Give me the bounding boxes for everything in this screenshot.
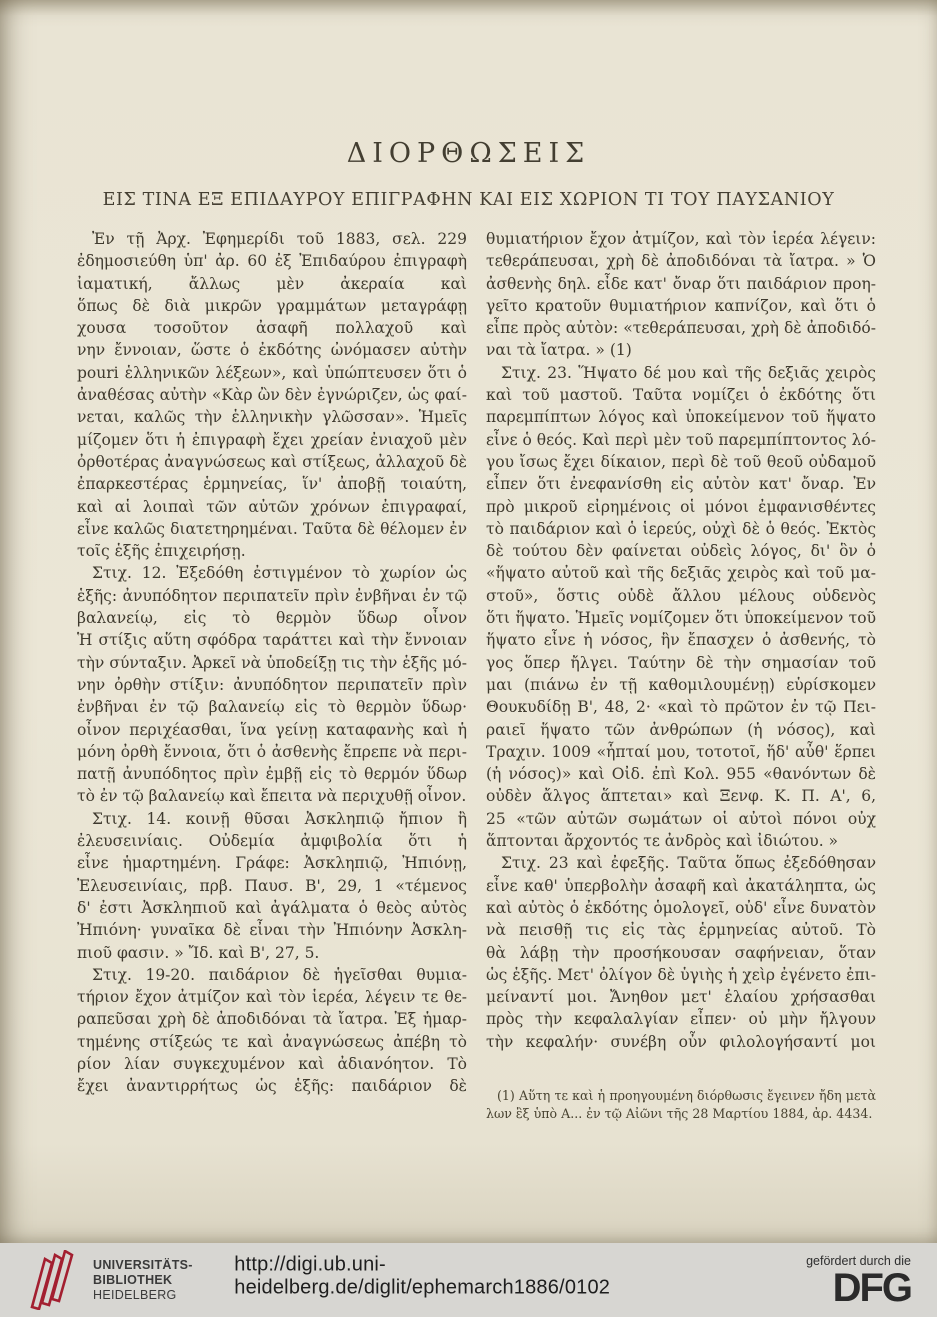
text-line: βαλανείῳ, εἰς τὸ θερμὸν ὕδωρ οἶνον περιχ…	[77, 607, 467, 629]
text-line: τὴν κεφαλήν· συνέβη οὖν φιλολογήσαντί μο…	[486, 1031, 876, 1053]
text-line: ὅπως δὲ διὰ μικρῶν γραμμάτων μεταγράφῃ π…	[77, 295, 467, 317]
footer-bar: UNIVERSITÄTS- BIBLIOTHEK HEIDELBERG http…	[0, 1243, 937, 1317]
text-line: ἐπαρκεστέρας ἑρμηνείας, ἵν' ἀποβῇ τοιαύτ…	[77, 473, 467, 495]
text-line: καὶ τοῦ μαστοῦ. Ταῦτα νομίζει ὁ ἐκδότης …	[486, 384, 876, 406]
text-line: μείναντί μοι. Ἄνηθον μετ' ἐλαίου χρήσασθ…	[486, 986, 876, 1008]
text-line: εἶνε ὁ θεός. Καὶ περὶ μὲν τοῦ παρεμπίπτο…	[486, 429, 876, 451]
text-line: ὀρθοτέρας ἀναγνώσεως καὶ στίξεως, ἀλλαχο…	[77, 451, 467, 473]
text-line: εἶπεν ὅτι ἐνεφανίσθη εἰς αὐτὸν κατ' ὄναρ…	[486, 473, 876, 495]
text-line: «ἥψατο αὐτοῦ καὶ τῆς δεξιᾶς χειρὸς καὶ τ…	[486, 562, 876, 584]
text-line: στοῦ», ὅστις οὐδὲ ἄλλου μέλους οὐδενὸς φ…	[486, 585, 876, 607]
text-line: γου ἴσως ἔχει δίκαιον, περὶ δὲ τοῦ θεοῦ …	[486, 451, 876, 473]
text-line: νην ὀρθὴν στίξιν: ἀνυπόδητον περιπατεῖν …	[77, 674, 467, 696]
text-line: ἅπτονται ἄρχοντός τε ἀνδρὸς καὶ ἰδιώτου.…	[486, 830, 876, 852]
text-line: νὰ πεισθῇ τις εἰς τὰς ἑρμηνείας αὐτοῦ. Τ…	[486, 919, 876, 941]
text-line: εἶνε καλῶς διατετηρημέναι. Ταῦτα δὲ θέλο…	[77, 518, 467, 540]
text-line: μαι (πιάνω ἐν τῇ καθομιλουμένῃ) εὑρίσκομ…	[486, 674, 876, 696]
footnote: (1) Αὕτη τε καὶ ἡ προηγουμένη διόρθωσις …	[486, 1087, 876, 1122]
text-line: λων ἓξ ὑπὸ Α... ἐν τῷ Αἰῶνι τῆς 28 Μαρτί…	[486, 1105, 876, 1123]
text-line: πρὸ μικροῦ εἰρημένοις οἱ μόνοι ἐμφανισθέ…	[486, 496, 876, 518]
text-line: τὴν σύνταξιν. Ἀρκεῖ νὰ ὑποδείξῃ τις τὴν …	[77, 652, 467, 674]
page-url: http://digi.ub.uni-heidelberg.de/diglit/…	[234, 1253, 703, 1299]
text-line: ἰαματική, ἄλλως μὲν ἀκεραία καὶ εὐανάγνω…	[77, 273, 467, 295]
text-line: νεται, καλῶς τὴν ἑλληνικὴν γλῶσσαν». Ἡμε…	[77, 406, 467, 428]
text-line: τημένης στίξεώς τε καὶ ἀναγνώσεως ἀπέβη …	[77, 1031, 467, 1053]
text-line: πατῇ ἀνυπόδητος πρὶν ἐμβῇ εἰς τὸ θερμόν …	[77, 763, 467, 785]
text-line: πρὸς τὴν κεφαλαλγίαν εἶπεν· οὐ μὴν ἤλγου…	[486, 1008, 876, 1030]
text-line: μόνη ὀρθὴ ἔννοια, ὅτι ὁ ἀσθενὴς ἔπρεπε ν…	[77, 741, 467, 763]
ub-heidelberg-logo: UNIVERSITÄTS- BIBLIOTHEK HEIDELBERG	[26, 1250, 193, 1310]
dfg-logo: DFG	[806, 1271, 911, 1305]
text-line: νην ἔννοιαν, ὥστε ὁ ἐκδότης ὠνόμασεν αὐτ…	[77, 339, 467, 361]
text-line: οὐδὲν ἄλγος ἅπτεται» καὶ Ξενφ. Κ. Π. Α',…	[486, 785, 876, 807]
text-line: τήριον ἔχον ἀτμίζον καὶ τὸν ἱερέα, λέγει…	[77, 986, 467, 1008]
text-line: γος ὅπερ ἤλγει. Ταύτην δὲ τὴν σημασίαν τ…	[486, 652, 876, 674]
text-line: ἐνβῆναι ἐν τῷ βαλανείῳ εἰς τὸ θερμὸν ὕδω…	[77, 696, 467, 718]
page-subtitle: ΕΙΣ ΤΙΝΑ ΕΞ ΕΠΙΔΑΥΡΟΥ ΕΠΙΓΡΑΦΗΝ ΚΑΙ ΕΙΣ …	[70, 190, 867, 210]
text-line: θυμιατήριον ἔχον ἀτμίζον, καὶ τὸν ἱερέα …	[486, 228, 876, 250]
text-line: Στιχ. 12. Ἐξεδόθη ἐστιγμένον τὸ χωρίον ὡ…	[77, 562, 467, 584]
text-line: εἶνε ἡμαρτημένη. Γράφε: Ἀσκληπιῷ, Ἠπιόνῃ…	[77, 852, 467, 874]
text-line: καὶ αἱ λοιπαὶ τῶν αὐτῶν χρόνων ἐπιγραφαί…	[77, 496, 467, 518]
text-line: ὅτι ἥψατο. Ἡμεῖς νομίζομεν ὅτι ὑποκείμεν…	[486, 607, 876, 629]
text-line: χουσα τοσοῦτον ἀσαφῆ πολλαχοῦ καὶ συγκεχ…	[77, 317, 467, 339]
text-line: ὡς ἑξῆς. Μετ' ὀλίγον δὲ ὑγιὴς ἡ χεὶρ ἐγέ…	[486, 964, 876, 986]
text-line: παρεμπίπτων λόγος καὶ ὑποκείμενον τοῦ ἥψ…	[486, 406, 876, 428]
text-line: εἶπε πρὸς αὐτὸν: «τεθεράπευσαι, χρὴ δὲ ἀ…	[486, 317, 876, 339]
ub-logo-text: UNIVERSITÄTS- BIBLIOTHEK HEIDELBERG	[93, 1258, 193, 1303]
text-line: τοῖς ἑξῆς ἐπιχειρήσῃ.	[77, 540, 467, 562]
text-line: ναι τὰ ἴατρα. » (1)	[486, 339, 876, 361]
text-line: Στιχ. 23 καὶ ἐφεξῆς. Ταῦτα ὅπως ἐξεδόθησ…	[486, 852, 876, 874]
ub-logo-line1: UNIVERSITÄTS-	[93, 1258, 193, 1273]
text-line: δ' ἐστι Ἀσκληπιοῦ καὶ ἀγάλματα ὁ θεὸς αὐ…	[77, 897, 467, 919]
scanned-page: ΔΙΟΡΘΩΣΕΙΣ ΕΙΣ ΤΙΝΑ ΕΞ ΕΠΙΔΑΥΡΟΥ ΕΠΙΓΡΑΦ…	[0, 0, 937, 1243]
text-line: Ἠπιόνη· γυναῖκα δὲ εἶναι τὴν Ἠπιόνην Ἀσκ…	[77, 919, 467, 941]
text-line: ἐδημοσιεύθη ὑπ' ἀρ. 60 ἐξ Ἐπιδαύρου ἐπιγ…	[77, 250, 467, 272]
text-line: ἀσθενὴς δηλ. εἶδε κατ' ὄναρ ὅτι παιδάριο…	[486, 273, 876, 295]
dfg-credit: gefördert durch die DFG	[806, 1255, 911, 1305]
text-line: Στιχ. 23. Ἥψατο δέ μου καὶ τῆς δεξιᾶς χε…	[486, 362, 876, 384]
text-line: Τραχιν. 1009 «ἧπταί μου, τοτοτοῖ, ἥδ' αὖ…	[486, 741, 876, 763]
text-line: Στιχ. 14. κοινῇ θῦσαι Ἀσκληπιῷ ἤπιον ἢ	[77, 808, 467, 830]
text-line: τὸ ἐν τῷ βαλανείῳ καὶ ἔπειτα νὰ περιχυθῇ…	[77, 785, 467, 807]
text-line: (1) Αὕτη τε καὶ ἡ προηγουμένη διόρθωσις …	[486, 1087, 876, 1105]
ub-logo-line3: HEIDELBERG	[93, 1288, 193, 1303]
text-line: Ἡ στίξις αὕτη σφόδρα ταράττει καὶ τὴν ἔν…	[77, 629, 467, 651]
text-line: ἀναθέσας αὐτὴν «Κὰρ ὢν δὲν ἐγνώριζεν, ὡς…	[77, 384, 467, 406]
text-line: 25 «τῶν αὐτῶν σωμάτων οἱ αὐτοὶ πόνοι οὐχ…	[486, 808, 876, 830]
text-line: τεθεράπευσαι, χρὴ δὲ ἀποδιδόναι τὰ ἴατρα…	[486, 250, 876, 272]
text-line: ραιεῖ ἥψατο τῶν ἀνθρώπων (ἡ νόσος), καὶ …	[486, 719, 876, 741]
text-line: τὸ παιδάριον καὶ ὁ ἱερεύς, οὐχὶ δὲ ὁ θεό…	[486, 518, 876, 540]
text-line: pouri ἑλληνικῶν λέξεων», καὶ ὑπώπτευσεν …	[77, 362, 467, 384]
text-line: Στιχ. 19-20. παιδάριον δὲ ἡγεῖσθαι θυμια…	[77, 964, 467, 986]
text-line: δὲ τούτου δὲν φαίνεται οὐδεὶς λόγος, δι'…	[486, 540, 876, 562]
text-line: ρίον λίαν συγκεχυμένον καὶ ἀδιανόητον. Τ…	[77, 1053, 467, 1075]
right-column: θυμιατήριον ἔχον ἀτμίζον, καὶ τὸν ἱερέα …	[486, 228, 876, 1053]
text-line: Ἐλευσεινίαις, πρβ. Παυσ. Β', 29, 1 «τέμε…	[77, 875, 467, 897]
text-line: ἑξῆς: ἀνυπόδητον περιπατεῖν πρὶν ἐνβῆναι…	[77, 585, 467, 607]
text-line: πιοῦ φασιν. » Ἴδ. καὶ Β', 27, 5.	[77, 942, 467, 964]
text-line: γεῖτο κρατοῦν θυμιατήριον καπνίζον, καὶ …	[486, 295, 876, 317]
text-line: Θουκυδίδῃ Β', 48, 2· «καὶ τὸ πρῶτον ἐν τ…	[486, 696, 876, 718]
page-title: ΔΙΟΡΘΩΣΕΙΣ	[70, 138, 867, 169]
left-column: Ἐν τῇ Ἀρχ. Ἐφημερίδι τοῦ 1883, σελ. 229ἐ…	[77, 228, 467, 1098]
books-icon	[26, 1250, 80, 1310]
text-line: μίζομεν ὅτι ἡ ἐπιγραφὴ ἔχει χρείαν ἐνιαχ…	[77, 429, 467, 451]
text-line: Ἐν τῇ Ἀρχ. Ἐφημερίδι τοῦ 1883, σελ. 229	[77, 228, 467, 250]
text-line: ἔχει ἀναντιρρήτως ὡς ἑξῆς: παιδάριον δὲ …	[77, 1075, 467, 1097]
text-line: οἶνον περιχέασθαι, ἵνα γείνῃ καταφανὴς κ…	[77, 719, 467, 741]
text-line: ἐλευσεινίαις. Οὐδεμία ἀμφιβολία ὅτι ἡ ἀν…	[77, 830, 467, 852]
ub-logo-line2: BIBLIOTHEK	[93, 1273, 193, 1288]
text-line: θὰ λάβῃ τὴν προσήκουσαν σαφήνειαν, ὅταν …	[486, 942, 876, 964]
text-line: ραπεῦσαι χρὴ δὲ ἀποδιδόναι τὰ ἴατρα. Ἐξ …	[77, 1008, 467, 1030]
text-line: εἶνε καθ' ὑπερβολὴν ἀσαφῆ καὶ ἀκατάληπτα…	[486, 875, 876, 897]
text-line: καὶ αὐτὸς ὁ ἐκδότης ὁμολογεῖ, οὐδ' εἶνε …	[486, 897, 876, 919]
text-line: ἥψατο εἶνε ἡ νόσος, ἣν ἔπασχεν ὁ ἀσθενής…	[486, 629, 876, 651]
text-line: (ἡ νόσος)» καὶ Οἰδ. ἐπὶ Κολ. 955 «θανόντ…	[486, 763, 876, 785]
